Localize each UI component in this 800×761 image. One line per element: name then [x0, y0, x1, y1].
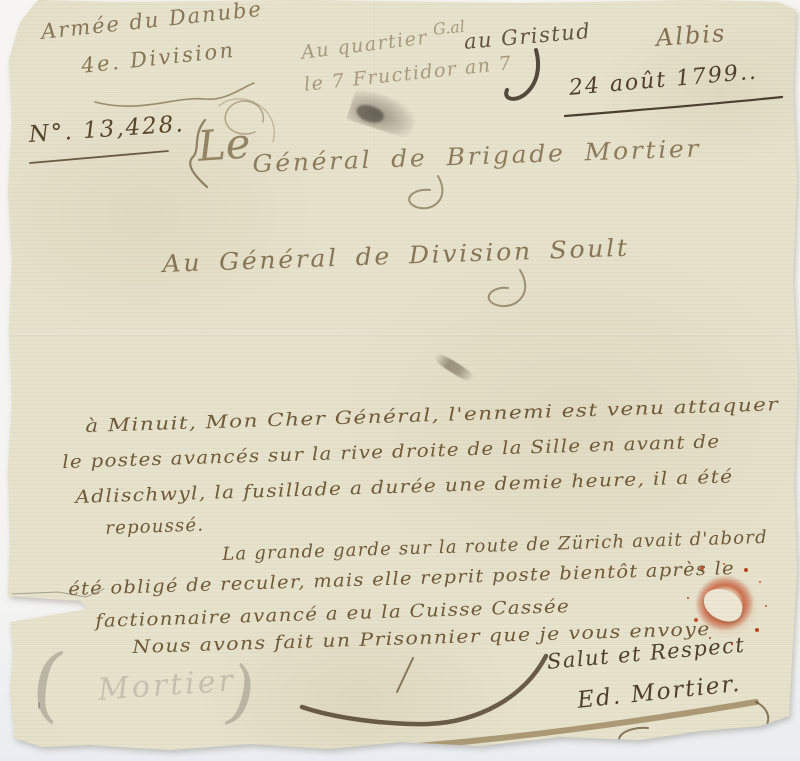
body-line-7: factionnaire avancé a eu la Cuisse Cassé… — [95, 596, 570, 632]
ink-smudge-header — [346, 87, 419, 140]
body-line-5: La grande garde sur la route de Zürich a… — [222, 527, 768, 565]
ink-flourishes — [0, 0, 800, 761]
pencil-parenthesis-open: ( — [26, 634, 71, 733]
gregorian-date: 24 août 1799.. — [568, 59, 759, 100]
wax-seal-speckles — [700, 566, 704, 570]
body-line-6: été obligé de reculer, mais elle reprit … — [68, 558, 735, 600]
fold-crease-vertical — [372, 0, 374, 150]
body-line-2: le postes avancés sur la rive droite de … — [62, 431, 721, 473]
pencil-parenthesis-close: ) — [218, 650, 264, 736]
wax-seal-residue — [675, 555, 778, 658]
headquarters-abbrev: G.al — [432, 17, 466, 39]
signature: Ed. Mortier. — [576, 671, 742, 714]
place-name-albis: Albis — [655, 19, 727, 52]
ink-smudge-middle — [432, 351, 475, 384]
republican-date-line: le 7 Fructidor an 7 — [303, 52, 513, 96]
sender-line: Général de Brigade Mortier — [252, 134, 702, 178]
body-line-4: repoussé. — [105, 515, 205, 539]
place-name-overwrite: au Gristud — [463, 19, 592, 54]
letter-paper: Armée du Danube 4e. Division N°. 13,428.… — [0, 0, 800, 761]
wax-seal-paper-patch — [700, 585, 747, 625]
body-line-8: Nous avons fait un Prisonnier que je vou… — [132, 619, 711, 658]
fold-crease-horizontal-2 — [0, 640, 800, 643]
salutation: Salut et Respect — [546, 633, 746, 674]
body-line-1: à Minuit, Mon Cher Général, l'ennemi est… — [85, 394, 779, 437]
sender-initial: Le — [196, 118, 252, 171]
scanned-letter: Armée du Danube 4e. Division N°. 13,428.… — [0, 0, 800, 761]
recipient-line: Au Général de Division Soult — [162, 234, 630, 278]
pencil-tick-mark: ' — [36, 700, 42, 725]
pencil-note: Mortier — [97, 663, 237, 708]
army-corps-label: Armée du Danube — [40, 0, 264, 44]
headquarters-line-1: Au quartier — [300, 26, 429, 63]
fold-crease-horizontal — [0, 333, 800, 336]
division-label: 4e. Division — [80, 38, 237, 78]
body-line-3: Adlischwyl, la fusillade a durée une dem… — [75, 466, 734, 508]
ink-smudge-header-core — [354, 101, 386, 126]
registry-number: N°. 13,428. — [28, 111, 185, 148]
